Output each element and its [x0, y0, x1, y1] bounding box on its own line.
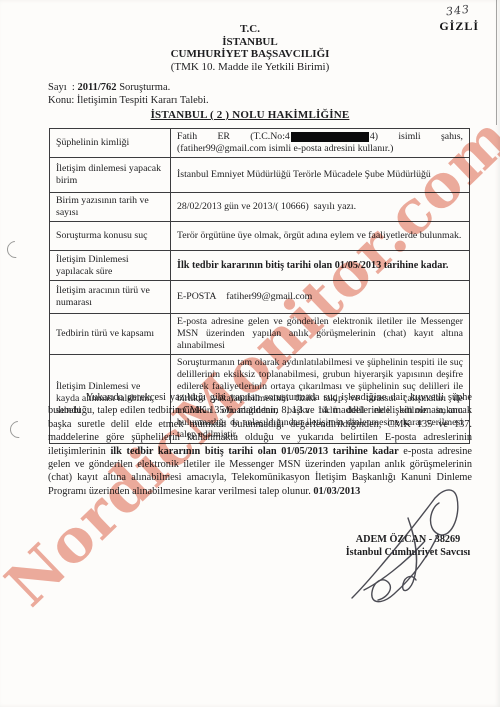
row-value: Terör örgütüne üye olmak, örgüt adına ey… [171, 222, 470, 251]
row-label: İletişim dinlemesi yapacak birim [50, 158, 171, 193]
letterhead: T.C. İSTANBUL CUMHURİYET BAŞSAVCILIĞI (T… [0, 23, 500, 73]
row-value: 28/02/2013 gün ve 2013/( 10666) sayılı y… [171, 193, 470, 222]
row-label: İletişim aracının türü ve numarası [50, 281, 171, 314]
row-label: Şüphelinin kimliği [50, 129, 171, 158]
punch-hole-mark [7, 418, 31, 442]
row-label: Tedbirin türü ve kapsamı [50, 314, 171, 355]
row-label: İletişim Dinlemesi yapılacak süre [50, 251, 171, 281]
table-row: İletişim Dinlemesi yapılacak süreİlk ted… [50, 251, 470, 281]
letterhead-office: CUMHURİYET BAŞSAVCILIĞI [0, 48, 500, 61]
redaction-box [291, 132, 369, 142]
letterhead-unit: (TMK 10. Madde ile Yetkili Birimi) [0, 61, 500, 74]
table-row: Tedbirin türü ve kapsamıE-posta adresine… [50, 314, 470, 355]
punch-hole-mark [4, 238, 28, 262]
konu-text: İletişimin Tespiti Kararı Talebi. [77, 95, 209, 106]
sayi-number: 2011/762 [77, 82, 116, 93]
row-value: E-POSTA fatiher99@gmail.com [171, 281, 470, 314]
sayi-suffix: Soruşturma. [119, 82, 170, 93]
table-row: Şüphelinin kimliğiFatih ER (T.C.No:44) i… [50, 129, 470, 158]
sayi-label: Sayı : [48, 82, 75, 93]
table-row: İletişim dinlemesi yapacak birimİstanbul… [50, 158, 470, 193]
document-meta: Sayı : 2011/762 Soruşturma. Konu: İletiş… [48, 81, 209, 107]
letterhead-tc: T.C. [0, 23, 500, 36]
konu-line: Konu: İletişimin Tespiti Kararı Talebi. [48, 94, 209, 107]
row-value: İstanbul Emniyet Müdürlüğü Terörle Mücad… [171, 158, 470, 193]
handwritten-page-number: 343 [445, 3, 470, 19]
letterhead-city: İSTANBUL [0, 36, 500, 49]
row-value: Fatih ER (T.C.No:44) isimli şahıs, (fati… [171, 129, 470, 158]
table-row: Birim yazısının tarih ve sayısı28/02/201… [50, 193, 470, 222]
row-value: İlk tedbir kararının bitiş tarihi olan 0… [171, 251, 470, 281]
konu-label: Konu: [48, 95, 74, 106]
handwritten-signature [328, 478, 498, 628]
sayi-line: Sayı : 2011/762 Soruşturma. [48, 81, 209, 94]
row-label: Birim yazısının tarih ve sayısı [50, 193, 171, 222]
row-label: Soruşturma konusu suç [50, 222, 171, 251]
table-row: Soruşturma konusu suçTerör örgütüne üye … [50, 222, 470, 251]
scanned-document-page: 343 GİZLİ T.C. İSTANBUL CUMHURİYET BAŞSA… [0, 0, 500, 707]
table-row: İletişim aracının türü ve numarasıE-POST… [50, 281, 470, 314]
addressee-heading: İSTANBUL ( 2 ) NOLU HAKİMLİĞİNE [0, 109, 500, 121]
row-value: E-posta adresine gelen ve gönderilen ele… [171, 314, 470, 355]
bold-deadline-phrase: ilk tedbir kararının bitiş tarihi olan 0… [110, 446, 398, 457]
